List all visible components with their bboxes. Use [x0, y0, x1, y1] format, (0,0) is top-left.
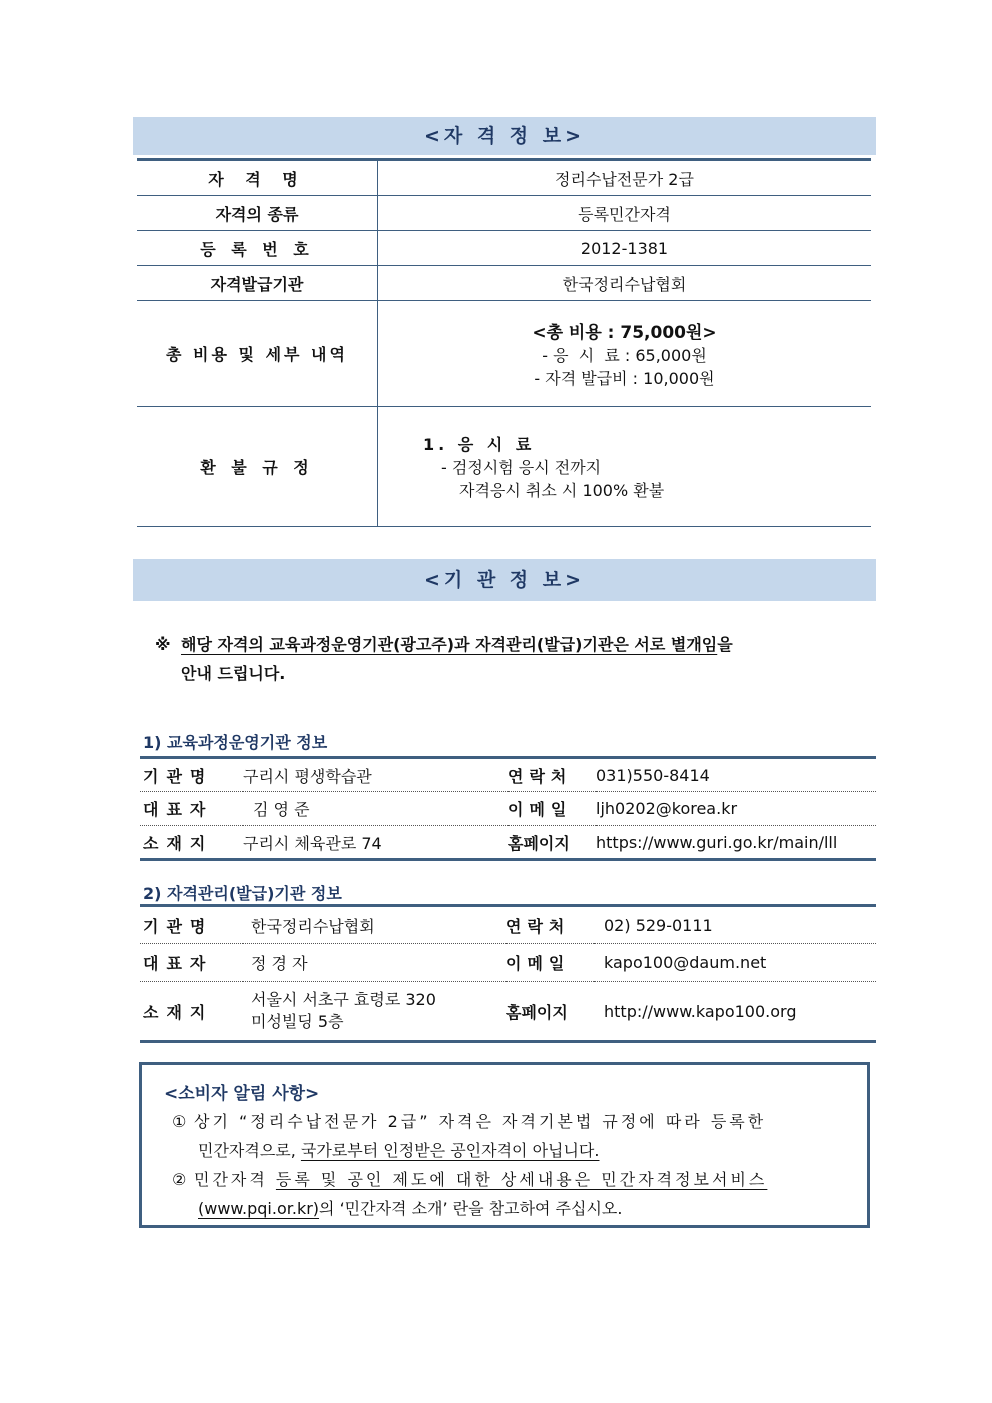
- refund-heading: 1. 응 시 료: [423, 432, 871, 455]
- table-row: 등 록 번 호 2012-1381: [137, 231, 871, 266]
- label-org-name: 기관명: [140, 906, 243, 944]
- org-name: 한국정리수납협회: [243, 906, 506, 944]
- table-row: 소재지 서울시 서초구 효령로 320 미성빌딩 5층 홈페이지 http://…: [140, 982, 876, 1042]
- homepage-link[interactable]: https://www.guri.go.kr/main/lll: [596, 826, 876, 860]
- cost-item: - 응 시 료 : 65,000원: [378, 343, 871, 366]
- label-email: 이메일: [506, 944, 594, 982]
- label-representative: 대표자: [140, 792, 243, 826]
- label-homepage: 홈페이지: [508, 826, 596, 860]
- consumer-notice-title: <소비자 알림 사항>: [164, 1079, 319, 1104]
- row-label: 자격발급기관: [137, 266, 378, 301]
- label-email: 이메일: [508, 792, 596, 826]
- notice-line2: 안내 드립니다.: [155, 659, 865, 688]
- row-value: 한국정리수납협회: [378, 266, 872, 301]
- address: 서울시 서초구 효령로 320 미성빌딩 5층: [243, 982, 506, 1042]
- label-org-name: 기관명: [140, 758, 243, 792]
- document-page: <자 격 정 보> 자 격 명 정리수납전문가 2급 자격의 종류 등록민간자격…: [0, 0, 992, 1403]
- table-row: 대표자 정 경 자 이메일 kapo100@daum.net: [140, 944, 876, 982]
- qualification-info-banner: <자 격 정 보>: [133, 117, 876, 155]
- institution-info-banner: <기 관 정 보>: [133, 559, 876, 601]
- representative: 김 영 준: [243, 792, 508, 826]
- notice-underlined-text: 국가로부터 인정받은 공인자격이 아닙니다.: [301, 1141, 600, 1160]
- row-label: 자격의 종류: [137, 196, 378, 231]
- separate-entity-notice: ※해당 자격의 교육과정운영기관(광고주)과 자격관리(발급)기관은 서로 별개…: [155, 630, 865, 688]
- table-row: 소재지 구리시 체육관로 74 홈페이지 https://www.guri.go…: [140, 826, 876, 860]
- homepage-link[interactable]: http://www.kapo100.org: [594, 982, 876, 1042]
- notice-item-1: ①상기 “정리수납전문가 2급” 자격은 자격기본법 규정에 따라 등록한: [172, 1107, 852, 1136]
- cost-item: - 자격 발급비 : 10,000원: [378, 366, 871, 389]
- email-link[interactable]: kapo100@daum.net: [594, 944, 876, 982]
- refund-details: 1. 응 시 료 - 검정시험 응시 전까지 자격응시 취소 시 100% 환불: [378, 407, 872, 527]
- email-link[interactable]: ljh0202@korea.kr: [596, 792, 876, 826]
- notice-item-1-cont: 민간자격으로, 국가로부터 인정받은 공인자격이 아닙니다.: [172, 1136, 852, 1165]
- cost-details: <총 비용 : 75,000원> - 응 시 료 : 65,000원 - 자격 …: [378, 301, 872, 407]
- notice-text: 민간자격: [194, 1170, 276, 1189]
- notice-text: 상기 “정리수납전문가 2급” 자격은 자격기본법 규정에 따라 등록한: [194, 1112, 766, 1131]
- notice-text: 민간자격으로,: [198, 1141, 301, 1160]
- contact-phone: 02) 529-0111: [594, 906, 876, 944]
- notice-item-2: ②민간자격 등록 및 공인 제도에 대한 상세내용은 민간자격정보서비스: [172, 1165, 852, 1194]
- circled-one-icon: ①: [172, 1107, 194, 1136]
- consumer-notice-body: ①상기 “정리수납전문가 2급” 자격은 자격기본법 규정에 따라 등록한 민간…: [172, 1107, 852, 1223]
- table-row-refund: 환 불 규 정 1. 응 시 료 - 검정시험 응시 전까지 자격응시 취소 시…: [137, 407, 871, 527]
- notice-item-2-cont: (www.pqi.or.kr)의 ‘민간자격 소개’ 란을 참고하여 주십시오.: [172, 1194, 852, 1223]
- table-row: 자 격 명 정리수납전문가 2급: [137, 160, 871, 196]
- org-name: 구리시 평생학습관: [243, 758, 508, 792]
- contact-phone: 031)550-8414: [596, 758, 876, 792]
- notice-text: 의 ‘민간자격 소개’ 란을 참고하여 주십시오.: [319, 1199, 622, 1218]
- cost-total: <총 비용 : 75,000원>: [378, 318, 871, 343]
- row-label: 총 비용 및 세부 내역: [137, 301, 378, 407]
- qualification-info-table: 자 격 명 정리수납전문가 2급 자격의 종류 등록민간자격 등 록 번 호 2…: [137, 158, 871, 527]
- consumer-notice-box: <소비자 알림 사항> ①상기 “정리수납전문가 2급” 자격은 자격기본법 규…: [139, 1062, 870, 1228]
- table-row: 자격의 종류 등록민간자격: [137, 196, 871, 231]
- label-representative: 대표자: [140, 944, 243, 982]
- pqi-link[interactable]: (www.pqi.or.kr): [198, 1199, 319, 1218]
- label-address: 소재지: [140, 826, 243, 860]
- label-contact: 연락처: [508, 758, 596, 792]
- row-value: 등록민간자격: [378, 196, 872, 231]
- row-value: 정리수납전문가 2급: [378, 160, 872, 196]
- row-label: 자 격 명: [137, 160, 378, 196]
- table-row-cost: 총 비용 및 세부 내역 <총 비용 : 75,000원> - 응 시 료 : …: [137, 301, 871, 407]
- row-label: 등 록 번 호: [137, 231, 378, 266]
- reference-mark-icon: ※: [155, 630, 181, 659]
- refund-line: 자격응시 취소 시 100% 환불: [423, 478, 871, 501]
- edu-org-heading: 1) 교육과정운영기관 정보: [143, 730, 327, 753]
- address-line: 미성빌딩 5층: [251, 1011, 506, 1033]
- issuer-org-heading: 2) 자격관리(발급)기관 정보: [143, 881, 342, 904]
- edu-org-table: 기관명 구리시 평생학습관 연락처 031)550-8414 대표자 김 영 준…: [140, 756, 876, 861]
- row-label: 환 불 규 정: [137, 407, 378, 527]
- address: 구리시 체육관로 74: [243, 826, 508, 860]
- notice-tail: 을: [717, 635, 732, 654]
- representative: 정 경 자: [243, 944, 506, 982]
- address-line: 서울시 서초구 효령로 320: [251, 989, 506, 1011]
- row-value: 2012-1381: [378, 231, 872, 266]
- circled-two-icon: ②: [172, 1165, 194, 1194]
- label-address: 소재지: [140, 982, 243, 1042]
- label-contact: 연락처: [506, 906, 594, 944]
- table-row: 기관명 구리시 평생학습관 연락처 031)550-8414: [140, 758, 876, 792]
- table-row: 대표자 김 영 준 이메일 ljh0202@korea.kr: [140, 792, 876, 826]
- label-homepage: 홈페이지: [506, 982, 594, 1042]
- refund-line: - 검정시험 응시 전까지: [423, 455, 871, 478]
- table-row: 기관명 한국정리수납협회 연락처 02) 529-0111: [140, 906, 876, 944]
- table-row: 자격발급기관 한국정리수납협회: [137, 266, 871, 301]
- notice-underlined-text: 등록 및 공인 제도에 대한 상세내용은 민간자격정보서비스: [276, 1170, 767, 1189]
- issuer-org-table: 기관명 한국정리수납협회 연락처 02) 529-0111 대표자 정 경 자 …: [140, 904, 876, 1043]
- notice-underlined-text: 해당 자격의 교육과정운영기관(광고주)과 자격관리(발급)기관은 서로 별개임: [181, 635, 717, 654]
